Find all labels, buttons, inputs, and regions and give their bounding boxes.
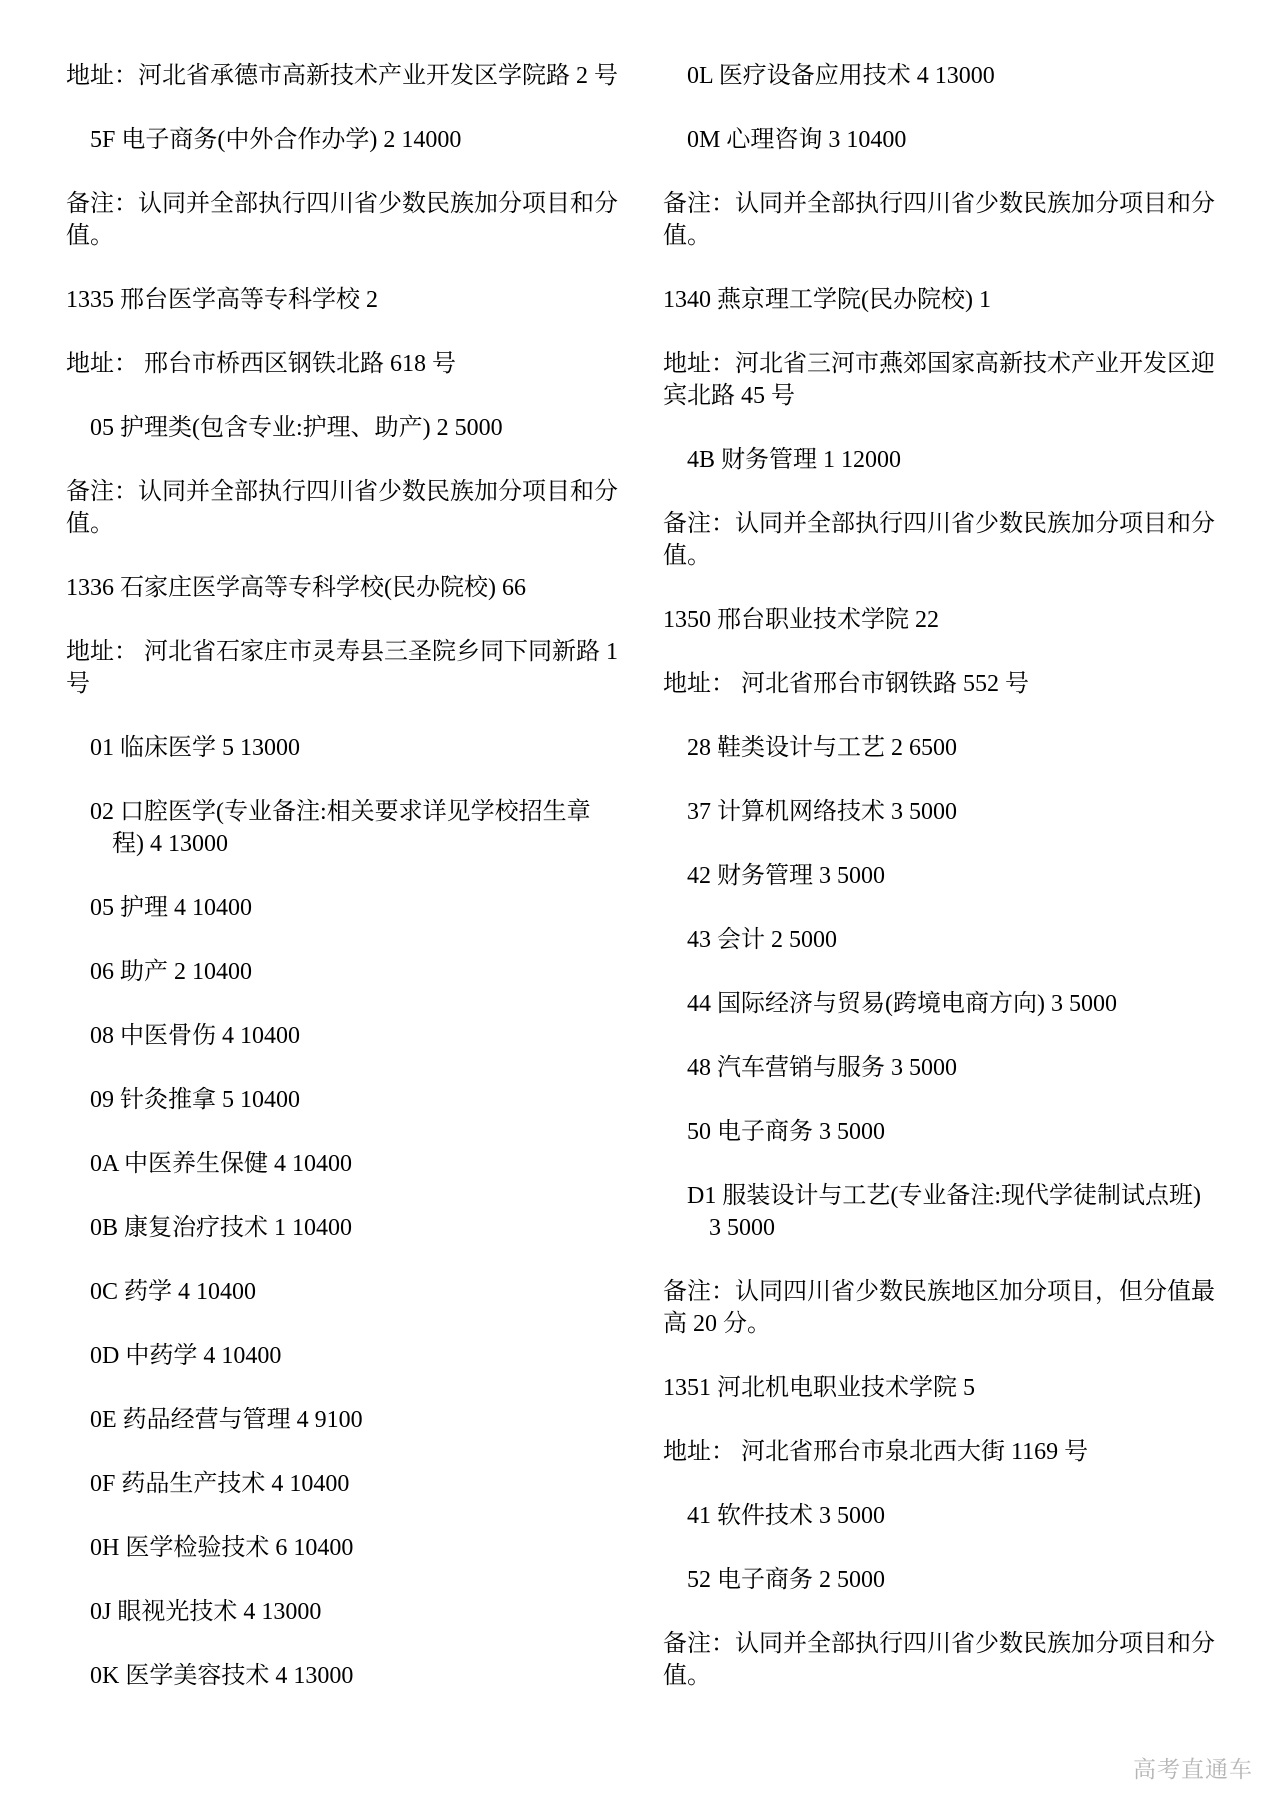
major-entry: 41 软件技术 3 5000 bbox=[663, 1500, 1245, 1532]
school-heading: 1351 河北机电职业技术学院 5 bbox=[663, 1372, 1245, 1404]
text-line: 备注：认同并全部执行四川省少数民族加分项目和分 bbox=[66, 188, 631, 220]
text-line: 备注：认同并全部执行四川省少数民族加分项目和分 bbox=[663, 508, 1245, 540]
note-entry: 备注：认同并全部执行四川省少数民族加分项目和分值。 bbox=[66, 188, 631, 252]
major-entry: 5F 电子商务(中外合作办学) 2 14000 bbox=[66, 124, 631, 156]
text-line: 44 国际经济与贸易(跨境电商方向) 3 5000 bbox=[663, 988, 1245, 1020]
school-heading: 1340 燕京理工学院(民办院校) 1 bbox=[663, 284, 1245, 316]
major-entry: 0M 心理咨询 3 10400 bbox=[663, 124, 1245, 156]
major-entry: 05 护理类(包含专业:护理、助产) 2 5000 bbox=[66, 412, 631, 444]
address-line: 地址： 邢台市桥西区钢铁北路 618 号 bbox=[66, 348, 631, 380]
text-line: 0H 医学检验技术 6 10400 bbox=[66, 1532, 631, 1564]
text-line: 0A 中医养生保健 4 10400 bbox=[66, 1148, 631, 1180]
major-entry: 0F 药品生产技术 4 10400 bbox=[66, 1468, 631, 1500]
text-line: 08 中医骨伤 4 10400 bbox=[66, 1020, 631, 1052]
text-line: 地址：河北省承德市高新技术产业开发区学院路 2 号 bbox=[66, 60, 631, 92]
text-line: 备注：认同四川省少数民族地区加分项目，但分值最 bbox=[663, 1276, 1245, 1308]
note-entry: 备注：认同并全部执行四川省少数民族加分项目和分值。 bbox=[66, 476, 631, 540]
text-line: 42 财务管理 3 5000 bbox=[663, 860, 1245, 892]
text-line: 备注：认同并全部执行四川省少数民族加分项目和分 bbox=[663, 1628, 1245, 1660]
major-entry: 0A 中医养生保健 4 10400 bbox=[66, 1148, 631, 1180]
column-right: 0L 医疗设备应用技术 4 130000M 心理咨询 3 10400备注：认同并… bbox=[663, 60, 1245, 1692]
major-entry: 42 财务管理 3 5000 bbox=[663, 860, 1245, 892]
text-line: D1 服装设计与工艺(专业备注:现代学徒制试点班) bbox=[663, 1180, 1245, 1212]
major-entry: 01 临床医学 5 13000 bbox=[66, 732, 631, 764]
text-line: 0E 药品经营与管理 4 9100 bbox=[66, 1404, 631, 1436]
text-line: 52 电子商务 2 5000 bbox=[663, 1564, 1245, 1596]
major-entry: 0C 药学 4 10400 bbox=[66, 1276, 631, 1308]
major-entry: 0L 医疗设备应用技术 4 13000 bbox=[663, 60, 1245, 92]
text-line: 0J 眼视光技术 4 13000 bbox=[66, 1596, 631, 1628]
text-line: 02 口腔医学(专业备注:相关要求详见学校招生章 bbox=[66, 796, 631, 828]
text-line: 0K 医学美容技术 4 13000 bbox=[66, 1660, 631, 1692]
address-line: 地址：河北省承德市高新技术产业开发区学院路 2 号 bbox=[66, 60, 631, 92]
major-entry: 44 国际经济与贸易(跨境电商方向) 3 5000 bbox=[663, 988, 1245, 1020]
text-line: 01 临床医学 5 13000 bbox=[66, 732, 631, 764]
text-line: 高 20 分。 bbox=[663, 1308, 1245, 1340]
text-line: 0M 心理咨询 3 10400 bbox=[663, 124, 1245, 156]
major-entry: 28 鞋类设计与工艺 2 6500 bbox=[663, 732, 1245, 764]
major-entry: 48 汽车营销与服务 3 5000 bbox=[663, 1052, 1245, 1084]
major-entry: 0E 药品经营与管理 4 9100 bbox=[66, 1404, 631, 1436]
watermark: 高考直通车 bbox=[1133, 1751, 1253, 1784]
text-line: 3 5000 bbox=[663, 1212, 1245, 1244]
text-line: 值。 bbox=[663, 220, 1245, 252]
text-line: 宾北路 45 号 bbox=[663, 380, 1245, 412]
address-line: 地址： 河北省邢台市泉北西大街 1169 号 bbox=[663, 1436, 1245, 1468]
major-entry: 05 护理 4 10400 bbox=[66, 892, 631, 924]
major-entry: 43 会计 2 5000 bbox=[663, 924, 1245, 956]
text-line: 地址： 邢台市桥西区钢铁北路 618 号 bbox=[66, 348, 631, 380]
major-entry: 50 电子商务 3 5000 bbox=[663, 1116, 1245, 1148]
major-entry: 0D 中药学 4 10400 bbox=[66, 1340, 631, 1372]
major-entry: 06 助产 2 10400 bbox=[66, 956, 631, 988]
text-line: 09 针灸推拿 5 10400 bbox=[66, 1084, 631, 1116]
school-heading: 1335 邢台医学高等专科学校 2 bbox=[66, 284, 631, 316]
text-line: 0C 药学 4 10400 bbox=[66, 1276, 631, 1308]
text-line: 地址： 河北省邢台市钢铁路 552 号 bbox=[663, 668, 1245, 700]
text-line: 地址： 河北省邢台市泉北西大街 1169 号 bbox=[663, 1436, 1245, 1468]
text-line: 50 电子商务 3 5000 bbox=[663, 1116, 1245, 1148]
text-line: 值。 bbox=[663, 1660, 1245, 1692]
text-line: 地址：河北省三河市燕郊国家高新技术产业开发区迎 bbox=[663, 348, 1245, 380]
text-line: 5F 电子商务(中外合作办学) 2 14000 bbox=[66, 124, 631, 156]
school-heading: 1336 石家庄医学高等专科学校(民办院校) 66 bbox=[66, 572, 631, 604]
text-line: 程) 4 13000 bbox=[66, 828, 631, 860]
address-line: 地址：河北省三河市燕郊国家高新技术产业开发区迎宾北路 45 号 bbox=[663, 348, 1245, 412]
major-entry: 09 针灸推拿 5 10400 bbox=[66, 1084, 631, 1116]
text-line: 值。 bbox=[66, 220, 631, 252]
note-entry: 备注：认同并全部执行四川省少数民族加分项目和分值。 bbox=[663, 188, 1245, 252]
text-line: 0L 医疗设备应用技术 4 13000 bbox=[663, 60, 1245, 92]
major-entry: 0H 医学检验技术 6 10400 bbox=[66, 1532, 631, 1564]
major-entry: 0K 医学美容技术 4 13000 bbox=[66, 1660, 631, 1692]
text-line: 1340 燕京理工学院(民办院校) 1 bbox=[663, 284, 1245, 316]
address-line: 地址： 河北省邢台市钢铁路 552 号 bbox=[663, 668, 1245, 700]
text-line: 地址： 河北省石家庄市灵寿县三圣院乡同下同新路 1 bbox=[66, 636, 631, 668]
text-line: 43 会计 2 5000 bbox=[663, 924, 1245, 956]
school-heading: 1350 邢台职业技术学院 22 bbox=[663, 604, 1245, 636]
note-entry: 备注：认同并全部执行四川省少数民族加分项目和分值。 bbox=[663, 1628, 1245, 1692]
text-line: 值。 bbox=[66, 508, 631, 540]
text-line: 37 计算机网络技术 3 5000 bbox=[663, 796, 1245, 828]
text-line: 41 软件技术 3 5000 bbox=[663, 1500, 1245, 1532]
major-entry: 52 电子商务 2 5000 bbox=[663, 1564, 1245, 1596]
text-line: 备注：认同并全部执行四川省少数民族加分项目和分 bbox=[663, 188, 1245, 220]
major-entry: 08 中医骨伤 4 10400 bbox=[66, 1020, 631, 1052]
text-line: 28 鞋类设计与工艺 2 6500 bbox=[663, 732, 1245, 764]
text-line: 06 助产 2 10400 bbox=[66, 956, 631, 988]
text-line: 号 bbox=[66, 668, 631, 700]
major-entry: 02 口腔医学(专业备注:相关要求详见学校招生章程) 4 13000 bbox=[66, 796, 631, 860]
address-line: 地址： 河北省石家庄市灵寿县三圣院乡同下同新路 1号 bbox=[66, 636, 631, 700]
text-line: 1336 石家庄医学高等专科学校(民办院校) 66 bbox=[66, 572, 631, 604]
two-column-layout: 地址：河北省承德市高新技术产业开发区学院路 2 号5F 电子商务(中外合作办学)… bbox=[66, 60, 1280, 1692]
text-line: 备注：认同并全部执行四川省少数民族加分项目和分 bbox=[66, 476, 631, 508]
major-entry: 37 计算机网络技术 3 5000 bbox=[663, 796, 1245, 828]
text-line: 值。 bbox=[663, 540, 1245, 572]
major-entry: 0J 眼视光技术 4 13000 bbox=[66, 1596, 631, 1628]
text-line: 1350 邢台职业技术学院 22 bbox=[663, 604, 1245, 636]
major-entry: 0B 康复治疗技术 1 10400 bbox=[66, 1212, 631, 1244]
column-left: 地址：河北省承德市高新技术产业开发区学院路 2 号5F 电子商务(中外合作办学)… bbox=[66, 60, 631, 1692]
text-line: 4B 财务管理 1 12000 bbox=[663, 444, 1245, 476]
note-entry: 备注：认同并全部执行四川省少数民族加分项目和分值。 bbox=[663, 508, 1245, 572]
note-entry: 备注：认同四川省少数民族地区加分项目，但分值最高 20 分。 bbox=[663, 1276, 1245, 1340]
text-line: 05 护理 4 10400 bbox=[66, 892, 631, 924]
text-line: 0D 中药学 4 10400 bbox=[66, 1340, 631, 1372]
major-entry: 4B 财务管理 1 12000 bbox=[663, 444, 1245, 476]
document-page: 地址：河北省承德市高新技术产业开发区学院路 2 号5F 电子商务(中外合作办学)… bbox=[0, 0, 1280, 1810]
text-line: 05 护理类(包含专业:护理、助产) 2 5000 bbox=[66, 412, 631, 444]
text-line: 0B 康复治疗技术 1 10400 bbox=[66, 1212, 631, 1244]
text-line: 48 汽车营销与服务 3 5000 bbox=[663, 1052, 1245, 1084]
text-line: 1351 河北机电职业技术学院 5 bbox=[663, 1372, 1245, 1404]
text-line: 0F 药品生产技术 4 10400 bbox=[66, 1468, 631, 1500]
major-entry: D1 服装设计与工艺(专业备注:现代学徒制试点班)3 5000 bbox=[663, 1180, 1245, 1244]
text-line: 1335 邢台医学高等专科学校 2 bbox=[66, 284, 631, 316]
